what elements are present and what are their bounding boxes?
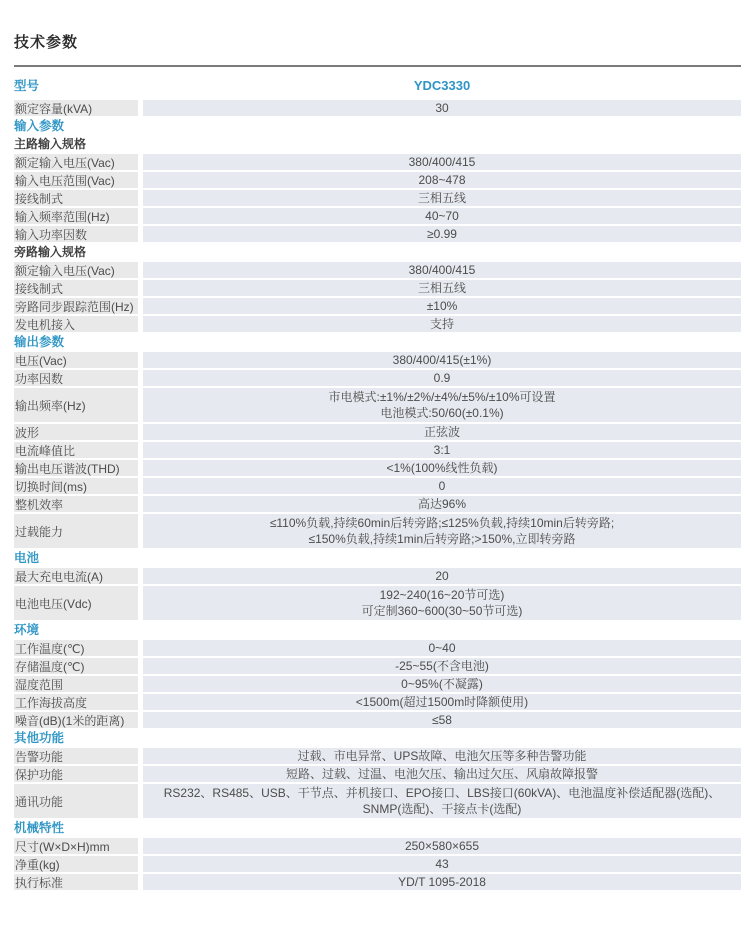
table-row: 电压(Vac)380/400/415(±1%) — [14, 352, 741, 368]
spec-label: 旁路同步跟踪范围(Hz) — [14, 298, 138, 314]
spec-value-line: 0.9 — [143, 370, 741, 386]
spec-value-line: 208~478 — [143, 172, 741, 188]
spec-label: 额定输入电压(Vac) — [14, 262, 138, 278]
section-header: 输入参数 — [14, 118, 741, 134]
spec-value-line: SNMP(选配)、干接点卡(选配) — [143, 801, 741, 817]
spec-value: <1%(100%线性负载) — [143, 460, 741, 476]
spec-value: 三相五线 — [143, 280, 741, 296]
spec-value-line: 380/400/415 — [143, 154, 741, 170]
spec-label: 整机效率 — [14, 496, 138, 512]
table-row: 整机效率高达96% — [14, 496, 741, 512]
subsection-header: 主路输入规格 — [14, 136, 741, 152]
spec-value-line: 0~40 — [143, 640, 741, 656]
table-row: 工作海拔高度<1500m(超过1500m时降额使用) — [14, 694, 741, 710]
spec-value-line: 3:1 — [143, 442, 741, 458]
spec-value: YD/T 1095-2018 — [143, 874, 741, 890]
spec-label: 尺寸(W×D×H)mm — [14, 838, 138, 854]
table-row: 通讯功能RS232、RS485、USB、干节点、并机接口、EPO接口、LBS接口… — [14, 784, 741, 818]
spec-value: <1500m(超过1500m时降额使用) — [143, 694, 741, 710]
spec-value: 380/400/415 — [143, 154, 741, 170]
table-row: 功率因数0.9 — [14, 370, 741, 386]
spec-value-line: 0~95%(不凝露) — [143, 676, 741, 692]
spec-value-line: 43 — [143, 856, 741, 872]
model-row: 型号 YDC3330 — [14, 72, 741, 98]
spec-value: ≤58 — [143, 712, 741, 728]
spec-value: ≥0.99 — [143, 226, 741, 242]
spec-label: 功率因数 — [14, 370, 138, 386]
spec-value-line: ±10% — [143, 298, 741, 314]
spec-value: 43 — [143, 856, 741, 872]
model-value: YDC3330 — [143, 78, 741, 93]
spec-label: 额定输入电压(Vac) — [14, 154, 138, 170]
table-row: 发电机接入支持 — [14, 316, 741, 332]
table-row: 旁路同步跟踪范围(Hz)±10% — [14, 298, 741, 314]
spec-label: 执行标准 — [14, 874, 138, 890]
table-row: 接线制式三相五线 — [14, 190, 741, 206]
spec-label: 输入功率因数 — [14, 226, 138, 242]
spec-value-line: <1%(100%线性负载) — [143, 460, 741, 476]
spec-label: 最大充电电流(A) — [14, 568, 138, 584]
spec-value-line: 380/400/415 — [143, 262, 741, 278]
spec-value-line: 三相五线 — [143, 280, 741, 296]
spec-label: 湿度范围 — [14, 676, 138, 692]
spec-value: 250×580×655 — [143, 838, 741, 854]
table-row: 最大充电电流(A)20 — [14, 568, 741, 584]
spec-value-line: 20 — [143, 568, 741, 584]
spec-value: 0.9 — [143, 370, 741, 386]
table-row: 切换时间(ms)0 — [14, 478, 741, 494]
spec-value: 市电模式:±1%/±2%/±4%/±5%/±10%可设置电池模式:50/60(±… — [143, 388, 741, 422]
spec-label: 净重(kg) — [14, 856, 138, 872]
spec-label: 输入电压范围(Vac) — [14, 172, 138, 188]
spec-value: 三相五线 — [143, 190, 741, 206]
spec-value-line: 短路、过载、过温、电池欠压、输出过欠压、风扇故障报警 — [143, 766, 741, 782]
table-row: 输入电压范围(Vac)208~478 — [14, 172, 741, 188]
spec-label: 输入频率范围(Hz) — [14, 208, 138, 224]
table-row: 输出频率(Hz)市电模式:±1%/±2%/±4%/±5%/±10%可设置电池模式… — [14, 388, 741, 422]
table-row: 保护功能短路、过载、过温、电池欠压、输出过欠压、风扇故障报警 — [14, 766, 741, 782]
table-row: 执行标准YD/T 1095-2018 — [14, 874, 741, 890]
spec-label: 保护功能 — [14, 766, 138, 782]
spec-value: 短路、过载、过温、电池欠压、输出过欠压、风扇故障报警 — [143, 766, 741, 782]
spec-label: 发电机接入 — [14, 316, 138, 332]
table-row: 电池电压(Vdc)192~240(16~20节可选)可定制360~600(30~… — [14, 586, 741, 620]
spec-value: 380/400/415 — [143, 262, 741, 278]
spec-value: 40~70 — [143, 208, 741, 224]
spec-value-line: RS232、RS485、USB、干节点、并机接口、EPO接口、LBS接口(60k… — [143, 785, 741, 801]
spec-value: 正弦波 — [143, 424, 741, 440]
spec-value: 过载、市电异常、UPS故障、电池欠压等多种告警功能 — [143, 748, 741, 764]
section-header: 电池 — [14, 550, 741, 566]
spec-value-line: 支持 — [143, 316, 741, 332]
spec-label: 电池电压(Vdc) — [14, 586, 138, 620]
section-header: 环境 — [14, 622, 741, 638]
table-row: 输入频率范围(Hz)40~70 — [14, 208, 741, 224]
table-row: 噪音(dB)(1米的距离)≤58 — [14, 712, 741, 728]
spec-value-line: ≤58 — [143, 712, 741, 728]
spec-sheet: 技术参数 型号 YDC3330 额定容量(kVA)30输入参数主路输入规格额定输… — [14, 0, 741, 890]
spec-label: 存储温度(℃) — [14, 658, 138, 674]
spec-label: 工作海拔高度 — [14, 694, 138, 710]
spec-value: 3:1 — [143, 442, 741, 458]
page-title: 技术参数 — [14, 31, 741, 52]
spec-label: 电流峰值比 — [14, 442, 138, 458]
spec-label: 告警功能 — [14, 748, 138, 764]
table-row: 接线制式三相五线 — [14, 280, 741, 296]
spec-label: 工作温度(℃) — [14, 640, 138, 656]
section-header: 输出参数 — [14, 334, 741, 350]
spec-value-line: 三相五线 — [143, 190, 741, 206]
spec-label: 噪音(dB)(1米的距离) — [14, 712, 138, 728]
spec-value-line: 0 — [143, 478, 741, 494]
spec-value-line: 192~240(16~20节可选) — [143, 587, 741, 603]
spec-label: 过载能力 — [14, 514, 138, 548]
spec-value-line: 高达96% — [143, 496, 741, 512]
table-row: 尺寸(W×D×H)mm250×580×655 — [14, 838, 741, 854]
spec-value-line: 可定制360~600(30~50节可选) — [143, 603, 741, 619]
spec-value-line: ≤110%负载,持续60min后转旁路;≤125%负载,持续10min后转旁路; — [143, 515, 741, 531]
spec-value: -25~55(不含电池) — [143, 658, 741, 674]
spec-value-line: 电池模式:50/60(±0.1%) — [143, 405, 741, 421]
spec-value: 30 — [143, 100, 741, 116]
divider-rule — [14, 65, 741, 67]
spec-value-line: 30 — [143, 100, 741, 116]
table-row: 输出电压谐波(THD)<1%(100%线性负载) — [14, 460, 741, 476]
spec-value-line: ≤150%负载,持续1min后转旁路;>150%,立即转旁路 — [143, 531, 741, 547]
spec-label: 波形 — [14, 424, 138, 440]
spec-label: 额定容量(kVA) — [14, 100, 138, 116]
spec-value: 208~478 — [143, 172, 741, 188]
spec-value: ±10% — [143, 298, 741, 314]
spec-label: 切换时间(ms) — [14, 478, 138, 494]
table-row: 存储温度(℃)-25~55(不含电池) — [14, 658, 741, 674]
spec-value-line: <1500m(超过1500m时降额使用) — [143, 694, 741, 710]
table-row: 额定输入电压(Vac)380/400/415 — [14, 262, 741, 278]
spec-value-line: 380/400/415(±1%) — [143, 352, 741, 368]
table-row: 告警功能过载、市电异常、UPS故障、电池欠压等多种告警功能 — [14, 748, 741, 764]
spec-value: 0~40 — [143, 640, 741, 656]
spec-label: 输出电压谐波(THD) — [14, 460, 138, 476]
table-row: 输入功率因数≥0.99 — [14, 226, 741, 242]
table-row: 过载能力≤110%负载,持续60min后转旁路;≤125%负载,持续10min后… — [14, 514, 741, 548]
table-row: 波形正弦波 — [14, 424, 741, 440]
spec-label: 通讯功能 — [14, 784, 138, 818]
spec-table-body: 额定容量(kVA)30输入参数主路输入规格额定输入电压(Vac)380/400/… — [14, 100, 741, 890]
spec-value: 支持 — [143, 316, 741, 332]
spec-value: 192~240(16~20节可选)可定制360~600(30~50节可选) — [143, 586, 741, 620]
spec-value: ≤110%负载,持续60min后转旁路;≤125%负载,持续10min后转旁路;… — [143, 514, 741, 548]
table-row: 湿度范围0~95%(不凝露) — [14, 676, 741, 692]
section-header: 其他功能 — [14, 730, 741, 746]
spec-value-line: 市电模式:±1%/±2%/±4%/±5%/±10%可设置 — [143, 389, 741, 405]
table-row: 电流峰值比3:1 — [14, 442, 741, 458]
subsection-header: 旁路输入规格 — [14, 244, 741, 260]
table-row: 净重(kg)43 — [14, 856, 741, 872]
table-row: 额定输入电压(Vac)380/400/415 — [14, 154, 741, 170]
spec-value: RS232、RS485、USB、干节点、并机接口、EPO接口、LBS接口(60k… — [143, 784, 741, 818]
spec-value: 0 — [143, 478, 741, 494]
spec-value-line: YD/T 1095-2018 — [143, 874, 741, 890]
spec-value: 20 — [143, 568, 741, 584]
spec-value: 380/400/415(±1%) — [143, 352, 741, 368]
spec-value: 0~95%(不凝露) — [143, 676, 741, 692]
spec-label: 电压(Vac) — [14, 352, 138, 368]
spec-value: 高达96% — [143, 496, 741, 512]
section-header: 机械特性 — [14, 820, 741, 836]
spec-label: 接线制式 — [14, 280, 138, 296]
spec-value-line: ≥0.99 — [143, 226, 741, 242]
table-row: 额定容量(kVA)30 — [14, 100, 741, 116]
spec-value-line: 40~70 — [143, 208, 741, 224]
spec-value-line: 250×580×655 — [143, 838, 741, 854]
spec-value-line: 正弦波 — [143, 424, 741, 440]
model-label: 型号 — [14, 76, 138, 94]
spec-value-line: 过载、市电异常、UPS故障、电池欠压等多种告警功能 — [143, 748, 741, 764]
spec-label: 输出频率(Hz) — [14, 388, 138, 422]
table-row: 工作温度(℃)0~40 — [14, 640, 741, 656]
spec-value-line: -25~55(不含电池) — [143, 658, 741, 674]
spec-label: 接线制式 — [14, 190, 138, 206]
